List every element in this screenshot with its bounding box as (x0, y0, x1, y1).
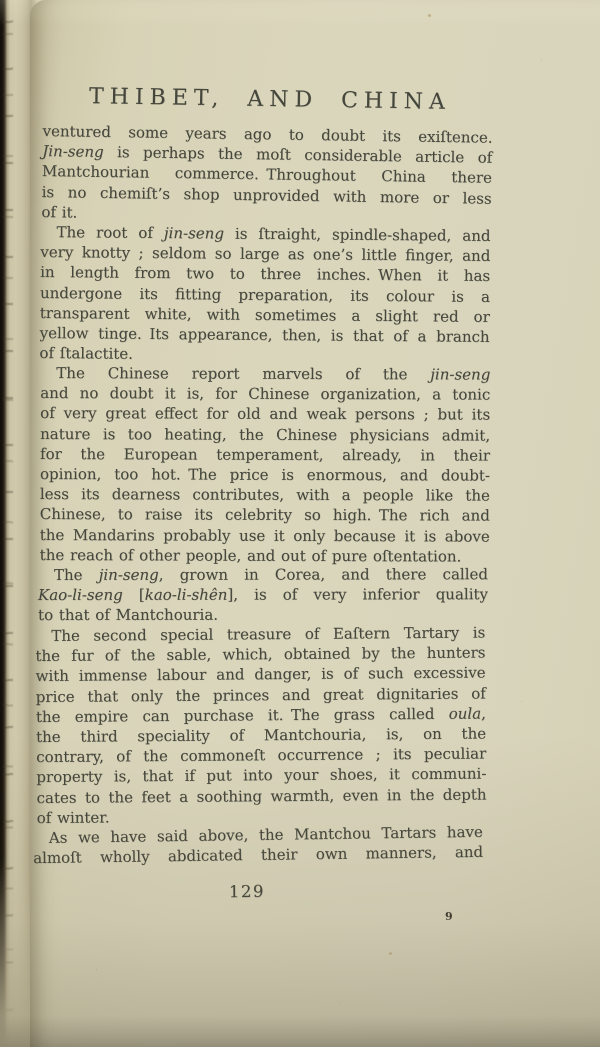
paragraph-2: The root of jin-seng is ſtraight, spindl… (39, 222, 490, 367)
italic-text: jin-seng (99, 566, 159, 584)
roman-text: and no doubt it is, for Chinese organiza… (40, 385, 490, 405)
roman-text: for the European temperament, already, i… (40, 445, 490, 465)
roman-text: The root of (56, 223, 164, 242)
text-line: the Mandarins probably use it only becau… (40, 525, 490, 547)
text-line: Kao-li-seng [kao-li-shên], is of very in… (38, 585, 488, 606)
roman-text: ], is of very inferior quality (227, 586, 488, 604)
roman-text: the Mandarins probably use it only becau… (40, 526, 490, 546)
text-line: less its dearness contributes, with a pe… (40, 485, 490, 507)
roman-text: The Chinese report marvels of the (56, 364, 430, 383)
book-photo: THIBET, AND CHINA ventured some years ag… (0, 0, 600, 1047)
book-page: THIBET, AND CHINA ventured some years ag… (30, 0, 600, 1047)
roman-text: almoſt wholly abdicated their own manner… (33, 843, 483, 867)
roman-text: to that of Mantchouria. (38, 607, 218, 625)
roman-text: the empire can purchase it. The grass ca… (36, 705, 449, 726)
italic-text: Jin-seng (42, 142, 104, 161)
text-line: Chinese, to raise its celebrity so high.… (40, 505, 490, 527)
text-line: of very great effect for old and weak pe… (40, 404, 490, 426)
roman-text: cates to the feet a soothing warmth, eve… (36, 785, 486, 807)
paragraph-5: The second special treasure of Eaſtern T… (35, 623, 487, 829)
text-line: nature is too heating, the Chinese physi… (40, 424, 490, 446)
text-line: opinion, too hot. The price is enormous,… (40, 464, 490, 486)
italic-text: jin-seng (430, 366, 490, 384)
roman-text: property is, that if put into your shoes… (36, 765, 486, 787)
roman-text: the reach of other people, and out of pu… (40, 546, 462, 565)
roman-text: nature is too heating, the Chinese physi… (40, 425, 490, 445)
italic-text: jin-seng (164, 224, 224, 243)
roman-text: is ſtraight, spindle-shaped, and (224, 225, 491, 245)
running-head: THIBET, AND CHINA (45, 83, 495, 115)
roman-text: very knotty ; seldom so large as one’s l… (40, 243, 490, 265)
roman-text: the third speciality of Mantchouria, is,… (36, 725, 486, 747)
paragraph-3: The Chinese report marvels of the jin-se… (40, 363, 491, 567)
paragraph-1: ventured some years ago to doubt its exi… (41, 121, 492, 229)
text-line: cates to the feet a soothing warmth, eve… (36, 784, 486, 808)
roman-text: in length from two to three inches. When… (40, 263, 490, 285)
roman-text: with immense labour and danger, is of su… (36, 664, 486, 686)
roman-text: , grown in Corea, and there called (159, 566, 488, 585)
page-text: ventured some years ago to doubt its exi… (40, 121, 490, 869)
roman-text: of winter. (37, 808, 110, 827)
roman-text: of it. (41, 203, 77, 222)
roman-text: yellow tinge. Its appearance, then, is t… (40, 324, 490, 346)
paragraph-6: As we have said above, the Mantchou Tart… (33, 822, 484, 869)
italic-text: Kao-li-seng (38, 587, 123, 605)
roman-text: Chinese, to raise its celebrity so high.… (40, 506, 490, 526)
italic-text: oula (449, 704, 482, 722)
roman-text: The second special treasure of Eaſtern T… (51, 624, 485, 645)
roman-text: [ (123, 586, 145, 604)
text-line: and no doubt it is, for Chinese organiza… (40, 384, 490, 406)
roman-text: contrary, of the commoneſt occurrence ; … (36, 745, 486, 767)
text-line: The jin-seng, grown in Corea, and there … (38, 565, 488, 586)
page-number: 129 (217, 882, 277, 902)
roman-text: the fur of the sable, which, obtained by… (35, 644, 485, 666)
italic-text: kao-li-shên (145, 586, 228, 604)
roman-text: transparent white, with sometimes a slig… (40, 304, 490, 326)
roman-text: less its dearness contributes, with a pe… (40, 486, 490, 506)
roman-text: The (54, 566, 99, 584)
text-line: The Chinese report marvels of the jin-se… (40, 363, 490, 385)
paragraph-4: The jin-seng, grown in Corea, and there … (38, 565, 488, 626)
signature-mark: 9 (445, 910, 453, 923)
roman-text: opinion, too hot. The price is enormous,… (40, 465, 490, 485)
roman-text: undergone its fitting preparation, its c… (40, 284, 490, 306)
roman-text: , (481, 704, 486, 722)
roman-text: price that only the princes and great di… (36, 684, 486, 706)
leaf-edge-marks (3, 0, 13, 1047)
roman-text: of very great effect for old and weak pe… (40, 405, 490, 425)
roman-text: of ſtalactite. (39, 344, 133, 363)
text-line: for the European temperament, already, i… (40, 444, 490, 466)
